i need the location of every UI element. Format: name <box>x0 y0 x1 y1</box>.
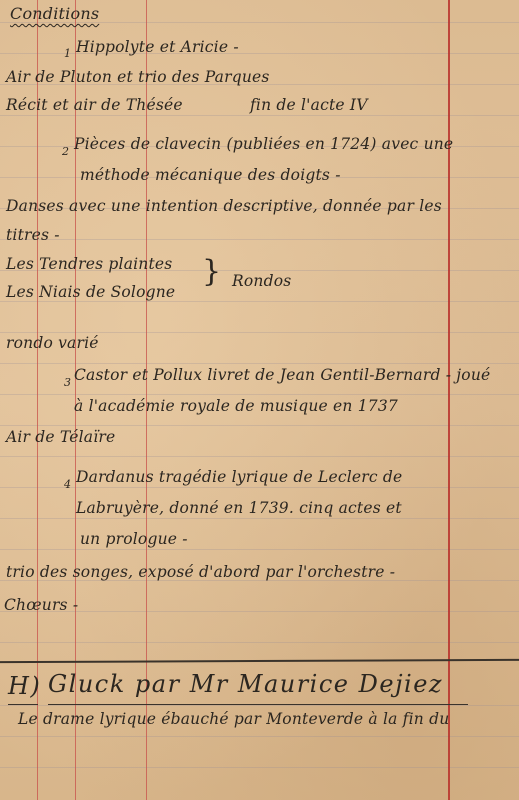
notebook-page: Conditions 1 Hippolyte et Aricie - Air d… <box>0 0 519 800</box>
section-text-line: Le drame lyrique ébauché par Monteverde … <box>18 710 449 728</box>
note-line: Rondos <box>232 272 291 290</box>
note-line: Danses avec une intention descriptive, d… <box>6 197 442 215</box>
item-title: Hippolyte et Aricie - <box>76 38 239 56</box>
item-line: Labruyère, donné en 1739. cinq actes et <box>76 499 402 517</box>
item-number: 2 <box>62 145 69 158</box>
note-line: trio des songes, exposé d'abord par l'or… <box>6 563 395 581</box>
ruled-line <box>0 487 519 488</box>
note-line: Air de Pluton et trio des Parques <box>6 68 270 86</box>
item-number: 1 <box>64 47 71 60</box>
ruled-line <box>0 115 519 116</box>
item-line: Dardanus tragédie lyrique de Leclerc de <box>76 468 402 486</box>
item-line: Pièces de clavecin (publiées en 1724) av… <box>74 135 453 153</box>
ruled-line <box>0 767 519 768</box>
right-margin-line <box>448 0 450 800</box>
note-line: Récit et air de Thésée <box>6 96 183 114</box>
item-line: Castor et Pollux livret de Jean Gentil-B… <box>74 366 490 384</box>
ruled-line <box>0 301 519 302</box>
item-line: méthode mécanique des doigts - <box>80 166 341 184</box>
note-line: fin de l'acte IV <box>250 96 368 114</box>
note-line: Les Tendres plaintes <box>6 255 172 273</box>
ruled-line <box>0 705 519 706</box>
item-line: à l'académie royale de musique en 1737 <box>74 397 398 415</box>
page-heading: Conditions <box>10 4 99 23</box>
ruled-line <box>0 456 519 457</box>
ruled-line <box>0 518 519 519</box>
section-title: Gluck par Mr Maurice Dejiez <box>48 670 443 698</box>
item-number: 4 <box>64 478 71 491</box>
ruled-line <box>0 425 519 426</box>
section-divider <box>0 659 519 663</box>
ruled-line <box>0 642 519 643</box>
note-line: titres - <box>6 226 60 244</box>
item-line: un prologue - <box>80 530 188 548</box>
ruled-line <box>0 239 519 240</box>
note-line: Air de Télaïre <box>6 428 115 446</box>
note-line: Chœurs - <box>4 596 78 614</box>
ruled-line <box>0 549 519 550</box>
ruled-line <box>0 394 519 395</box>
note-line: Les Niais de Sologne <box>6 283 175 301</box>
item-number: 3 <box>64 376 71 389</box>
ruled-line <box>0 332 519 333</box>
section-label: H) <box>8 672 41 700</box>
ruled-line <box>0 363 519 364</box>
title-underline <box>48 704 468 705</box>
label-underline <box>8 704 38 705</box>
note-line: rondo varié <box>6 334 99 352</box>
brace-icon: } <box>202 254 221 289</box>
ruled-line <box>0 736 519 737</box>
